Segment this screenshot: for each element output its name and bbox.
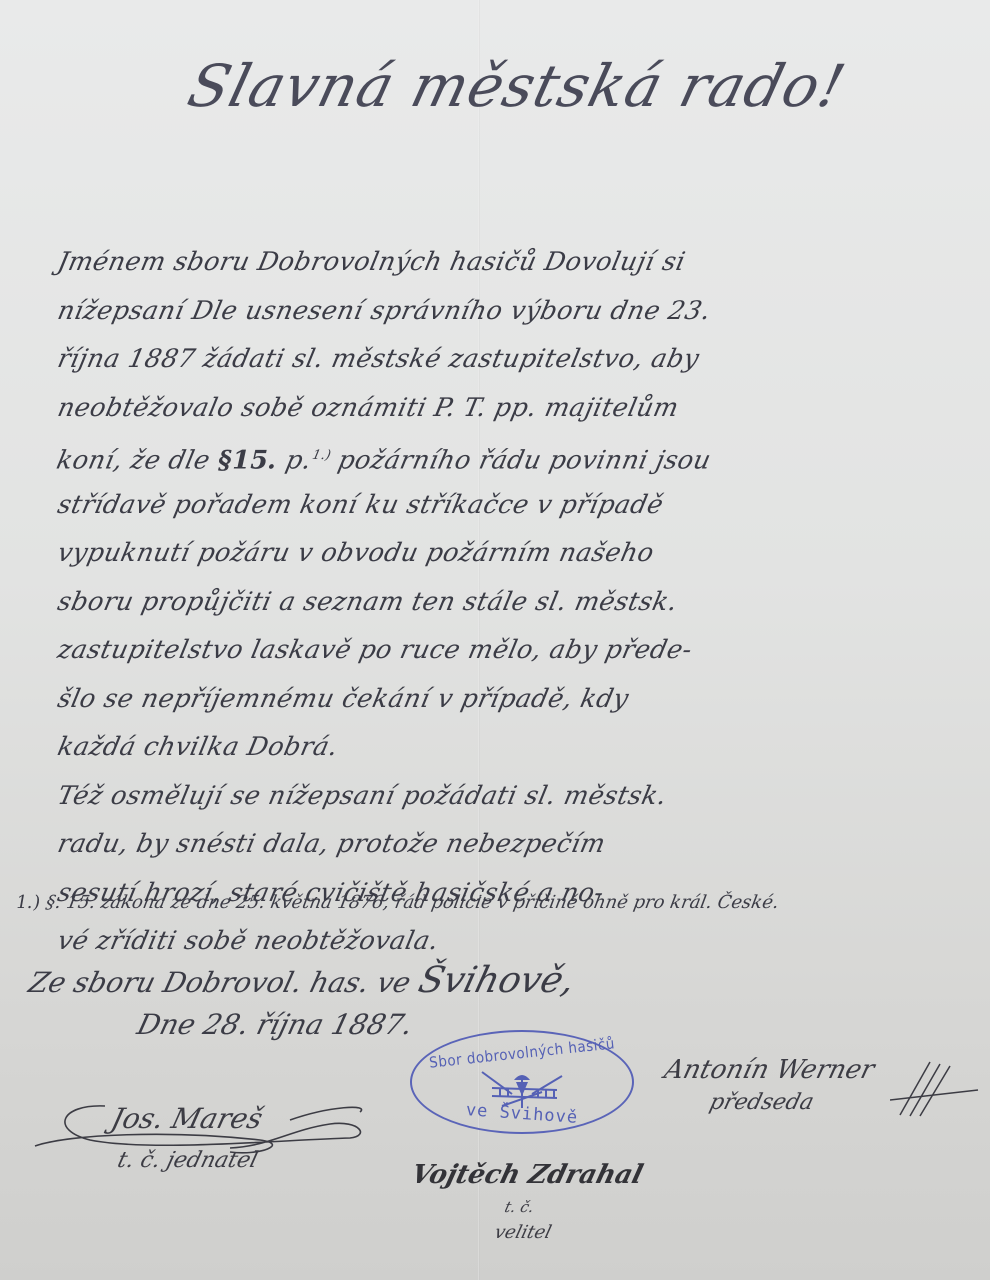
place-name: Švihově, — [414, 960, 579, 1001]
brigade-stamp: Sbor dobrovolných hasičů ve Švihově — [410, 1030, 634, 1134]
body-line: každá chvilka Dobrá. — [53, 723, 983, 772]
footnote-text: §. 15. zákona ze dne 25. května 1876, řá… — [44, 892, 780, 913]
body-line: radu, by snésti dala, protože nebezpečím — [53, 820, 983, 869]
footnote-marker: 1.) — [14, 892, 42, 913]
body-text: požárního řádu povinni jsou — [327, 446, 714, 476]
body-line: sboru propůjčiti a seznam ten stále sl. … — [53, 578, 983, 627]
document-heading: Slavná městská rado! — [182, 52, 899, 120]
signature-secretary-role: t. č. jednatel — [115, 1148, 260, 1173]
body-line: vypuknutí požáru v obvodu požárním našeh… — [53, 529, 983, 578]
body-line: neobtěžovalo sobě oznámiti P. T. pp. maj… — [53, 384, 983, 433]
body-line: října 1887 žádati sl. městské zastupitel… — [53, 335, 983, 384]
body-line: vé zříditi sobě neobtěžovala. — [53, 917, 983, 966]
body-line-with-reference: koní, že dle §15. p.1.) požárního řádu p… — [53, 432, 983, 481]
body-line: nížepsaní Dle usnesení správního výboru … — [53, 287, 983, 336]
body-text: p. — [274, 446, 314, 476]
dateline-date: Dne 28. října 1887. — [134, 1008, 416, 1041]
body-line: Jménem sboru Dobrovolných hasičů Dovoluj… — [53, 238, 983, 287]
dateline-sender: Ze sboru Dobrovol. has. ve Švihově, — [25, 960, 579, 1001]
signature-president-role: předseda — [707, 1090, 816, 1115]
signature-commander-role: velitel — [492, 1222, 553, 1243]
signature-commander-name: Vojtěch Zdrahal — [408, 1160, 646, 1190]
signature-flourish-icon — [890, 1060, 980, 1120]
signature-commander-abbr: t. č. — [503, 1198, 536, 1216]
body-line: střídavě pořadem koní ku stříkačce v pří… — [53, 481, 983, 530]
signature-president-name: Antonín Werner — [661, 1055, 877, 1085]
letter-body: Jménem sboru Dobrovolných hasičů Dovoluj… — [58, 238, 978, 966]
body-line: šlo se nepříjemnému čekání v případě, kd… — [53, 675, 983, 724]
section-reference: §15. — [215, 446, 281, 476]
sender-text: Ze sboru Dobrovol. has. ve — [25, 966, 423, 999]
body-text: koní, že dle — [54, 446, 221, 476]
body-line: Též osmělují se nížepsaní požádati sl. m… — [53, 772, 983, 821]
signature-secretary-name: Jos. Mareš — [108, 1102, 266, 1135]
footnote: 1.)§. 15. zákona ze dne 25. května 1876,… — [14, 892, 978, 913]
body-line: zastupitelstvo laskavě po ruce mělo, aby… — [53, 626, 983, 675]
